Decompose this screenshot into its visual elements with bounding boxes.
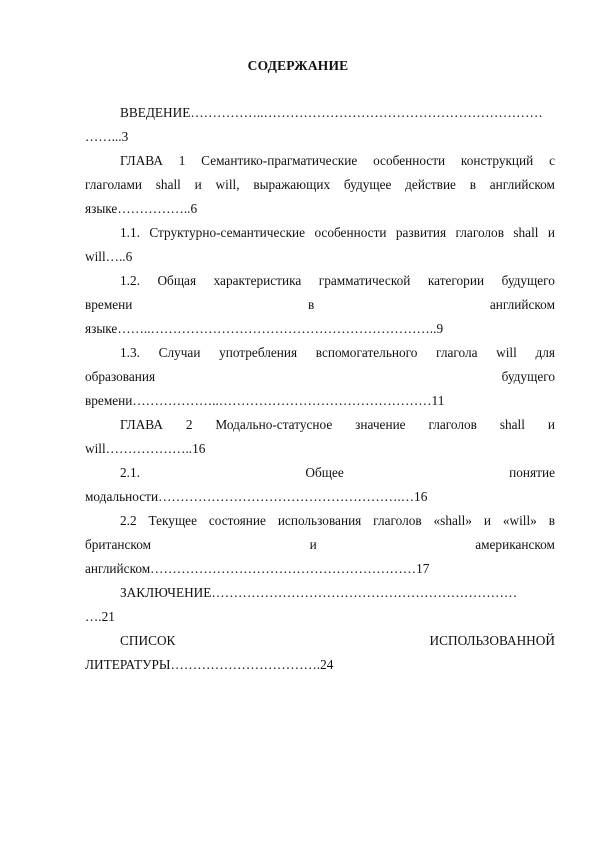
toc-entry-section-1-2[interactable]: 1.2.Общаяхарактеристикаграмматическойкат… [85, 269, 555, 341]
toc-line: языке……………..6 [85, 197, 555, 221]
toc-entry-chapter-2[interactable]: ГЛАВА2Модально-статусноезначениеглаголов… [85, 413, 555, 461]
toc-entry-references[interactable]: СПИСОКИСПОЛЬЗОВАННОЙЛИТЕРАТУРЫ…………………………… [85, 629, 555, 677]
toc-line: времени………………..…………………………………………11 [85, 389, 555, 413]
toc-line: 2.1.Общеепонятие [85, 461, 555, 485]
toc-entry-section-1-1[interactable]: 1.1.Структурно-семантическиеособенностир… [85, 221, 555, 269]
toc-line: ЛИТЕРАТУРЫ…………………………….24 [85, 653, 555, 677]
toc-line: ГЛАВА1Семантико-прагматическиеособенност… [85, 149, 555, 173]
toc-line: ВВЕДЕНИЕ……………..……………………………………………………… [85, 101, 555, 125]
toc-line: глаголамиshallиwill,выражающихбудущеедей… [85, 173, 555, 197]
toc-line: времениванглийском [85, 293, 555, 317]
toc-line: 1.1.Структурно-семантическиеособенностир… [85, 221, 555, 245]
toc-line: ….21 [85, 605, 555, 629]
toc-entry-intro[interactable]: ВВЕДЕНИЕ……………..……………………………………………………………..… [85, 101, 555, 149]
toc-line: английском……………………………………………………17 [85, 557, 555, 581]
toc-line: ЗАКЛЮЧЕНИЕ…………………………………………………………… [85, 581, 555, 605]
toc-line: will………………..16 [85, 437, 555, 461]
toc-entry-chapter-1[interactable]: ГЛАВА1Семантико-прагматическиеособенност… [85, 149, 555, 221]
toc-line: СПИСОКИСПОЛЬЗОВАННОЙ [85, 629, 555, 653]
toc-entry-section-2-1[interactable]: 2.1.Общеепонятиемодальности…………………………………… [85, 461, 555, 509]
toc-line: модальности……………………………………………….…16 [85, 485, 555, 509]
toc-line: 1.2.Общаяхарактеристикаграмматическойкат… [85, 269, 555, 293]
table-of-contents: ВВЕДЕНИЕ……………..……………………………………………………………..… [85, 101, 555, 677]
toc-line: 2.2Текущеесостояниеиспользованияглаголов… [85, 509, 555, 533]
toc-line: ГЛАВА2Модально-статусноезначениеглаголов… [85, 413, 555, 437]
toc-line: языке……..………………………………………………………..9 [85, 317, 555, 341]
toc-line: британскомиамериканском [85, 533, 555, 557]
toc-line: 1.3.Случаиупотреблениявспомогательногогл… [85, 341, 555, 365]
page-title: СОДЕРЖАНИЕ [0, 58, 596, 74]
toc-line: will…..6 [85, 245, 555, 269]
toc-entry-section-1-3[interactable]: 1.3.Случаиупотреблениявспомогательногогл… [85, 341, 555, 413]
toc-line: ……...3 [85, 125, 555, 149]
toc-entry-conclusion[interactable]: ЗАКЛЮЧЕНИЕ……………………………………………………………….21 [85, 581, 555, 629]
toc-line: образованиябудущего [85, 365, 555, 389]
toc-entry-section-2-2[interactable]: 2.2Текущеесостояниеиспользованияглаголов… [85, 509, 555, 581]
